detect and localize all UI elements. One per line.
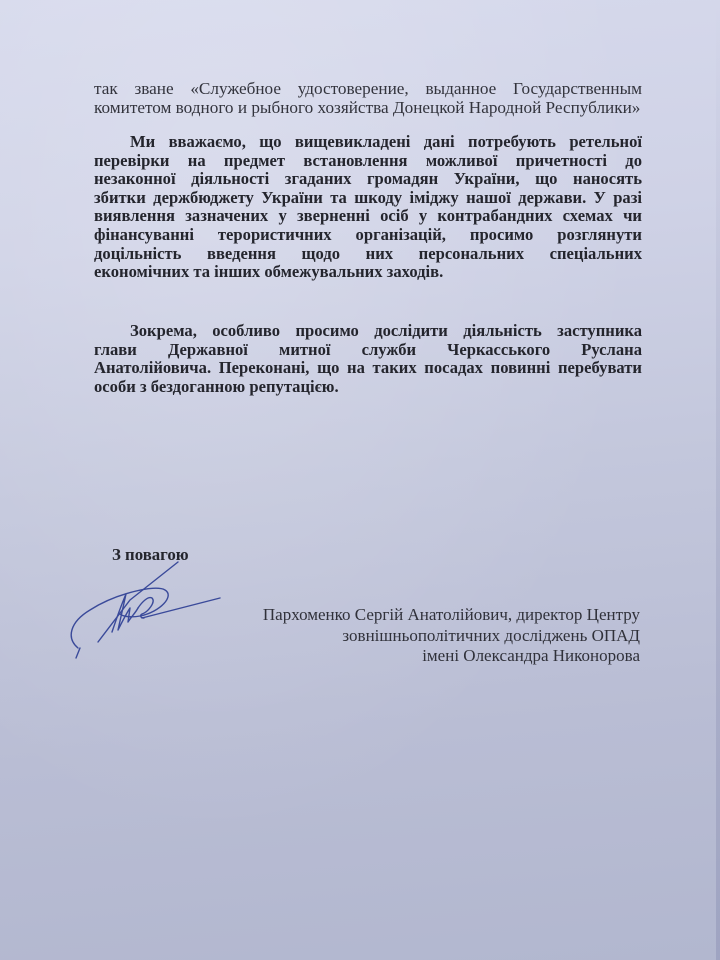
text-line: економічних та інших обмежувальних заход… — [94, 263, 642, 282]
signature-icon — [60, 560, 240, 660]
text-line: Зокрема, особливо просимо дослідити діял… — [94, 322, 642, 341]
signer-organization: зовнішньополітичних досліджень ОПАД — [263, 626, 640, 647]
paragraph-request-investigation: Зокрема, особливо просимо дослідити діял… — [94, 322, 642, 396]
paragraph-request-verification: Ми вважаємо, що вищевикладені дані потре… — [94, 133, 642, 282]
signer-name-title: Пархоменко Сергій Анатолійович, директор… — [263, 605, 640, 626]
paper-edge — [716, 0, 720, 960]
text-line: збитки держбюджету України та шкоду імід… — [94, 189, 642, 208]
text-line: так зване «Служебное удостоверение, выда… — [94, 80, 642, 99]
text-line: глави Державної митної служби Черкассько… — [94, 341, 642, 360]
signer-block: Пархоменко Сергій Анатолійович, директор… — [263, 605, 640, 667]
signer-organization-name: імені Олександра Никонорова — [263, 646, 640, 667]
text-line: виявлення зазначених у зверненні осіб у … — [94, 207, 642, 226]
text-line: перевірки на предмет встановлення можлив… — [94, 152, 642, 171]
text-line: Анатолійовича. Переконані, що на таких п… — [94, 359, 642, 378]
text-line: незаконної діяльності згаданих громадян … — [94, 170, 642, 189]
text-line: Ми вважаємо, що вищевикладені дані потре… — [94, 133, 642, 152]
text-line: фінансуванні терористичних організацій, … — [94, 226, 642, 245]
text-line: комитетом водного и рыбного хозяйства До… — [94, 99, 642, 118]
paragraph-certificate: так зване «Служебное удостоверение, выда… — [94, 80, 642, 117]
text-line: доцільність введення щодо них персональн… — [94, 245, 642, 264]
text-line: особи з бездоганною репутацією. — [94, 378, 642, 397]
